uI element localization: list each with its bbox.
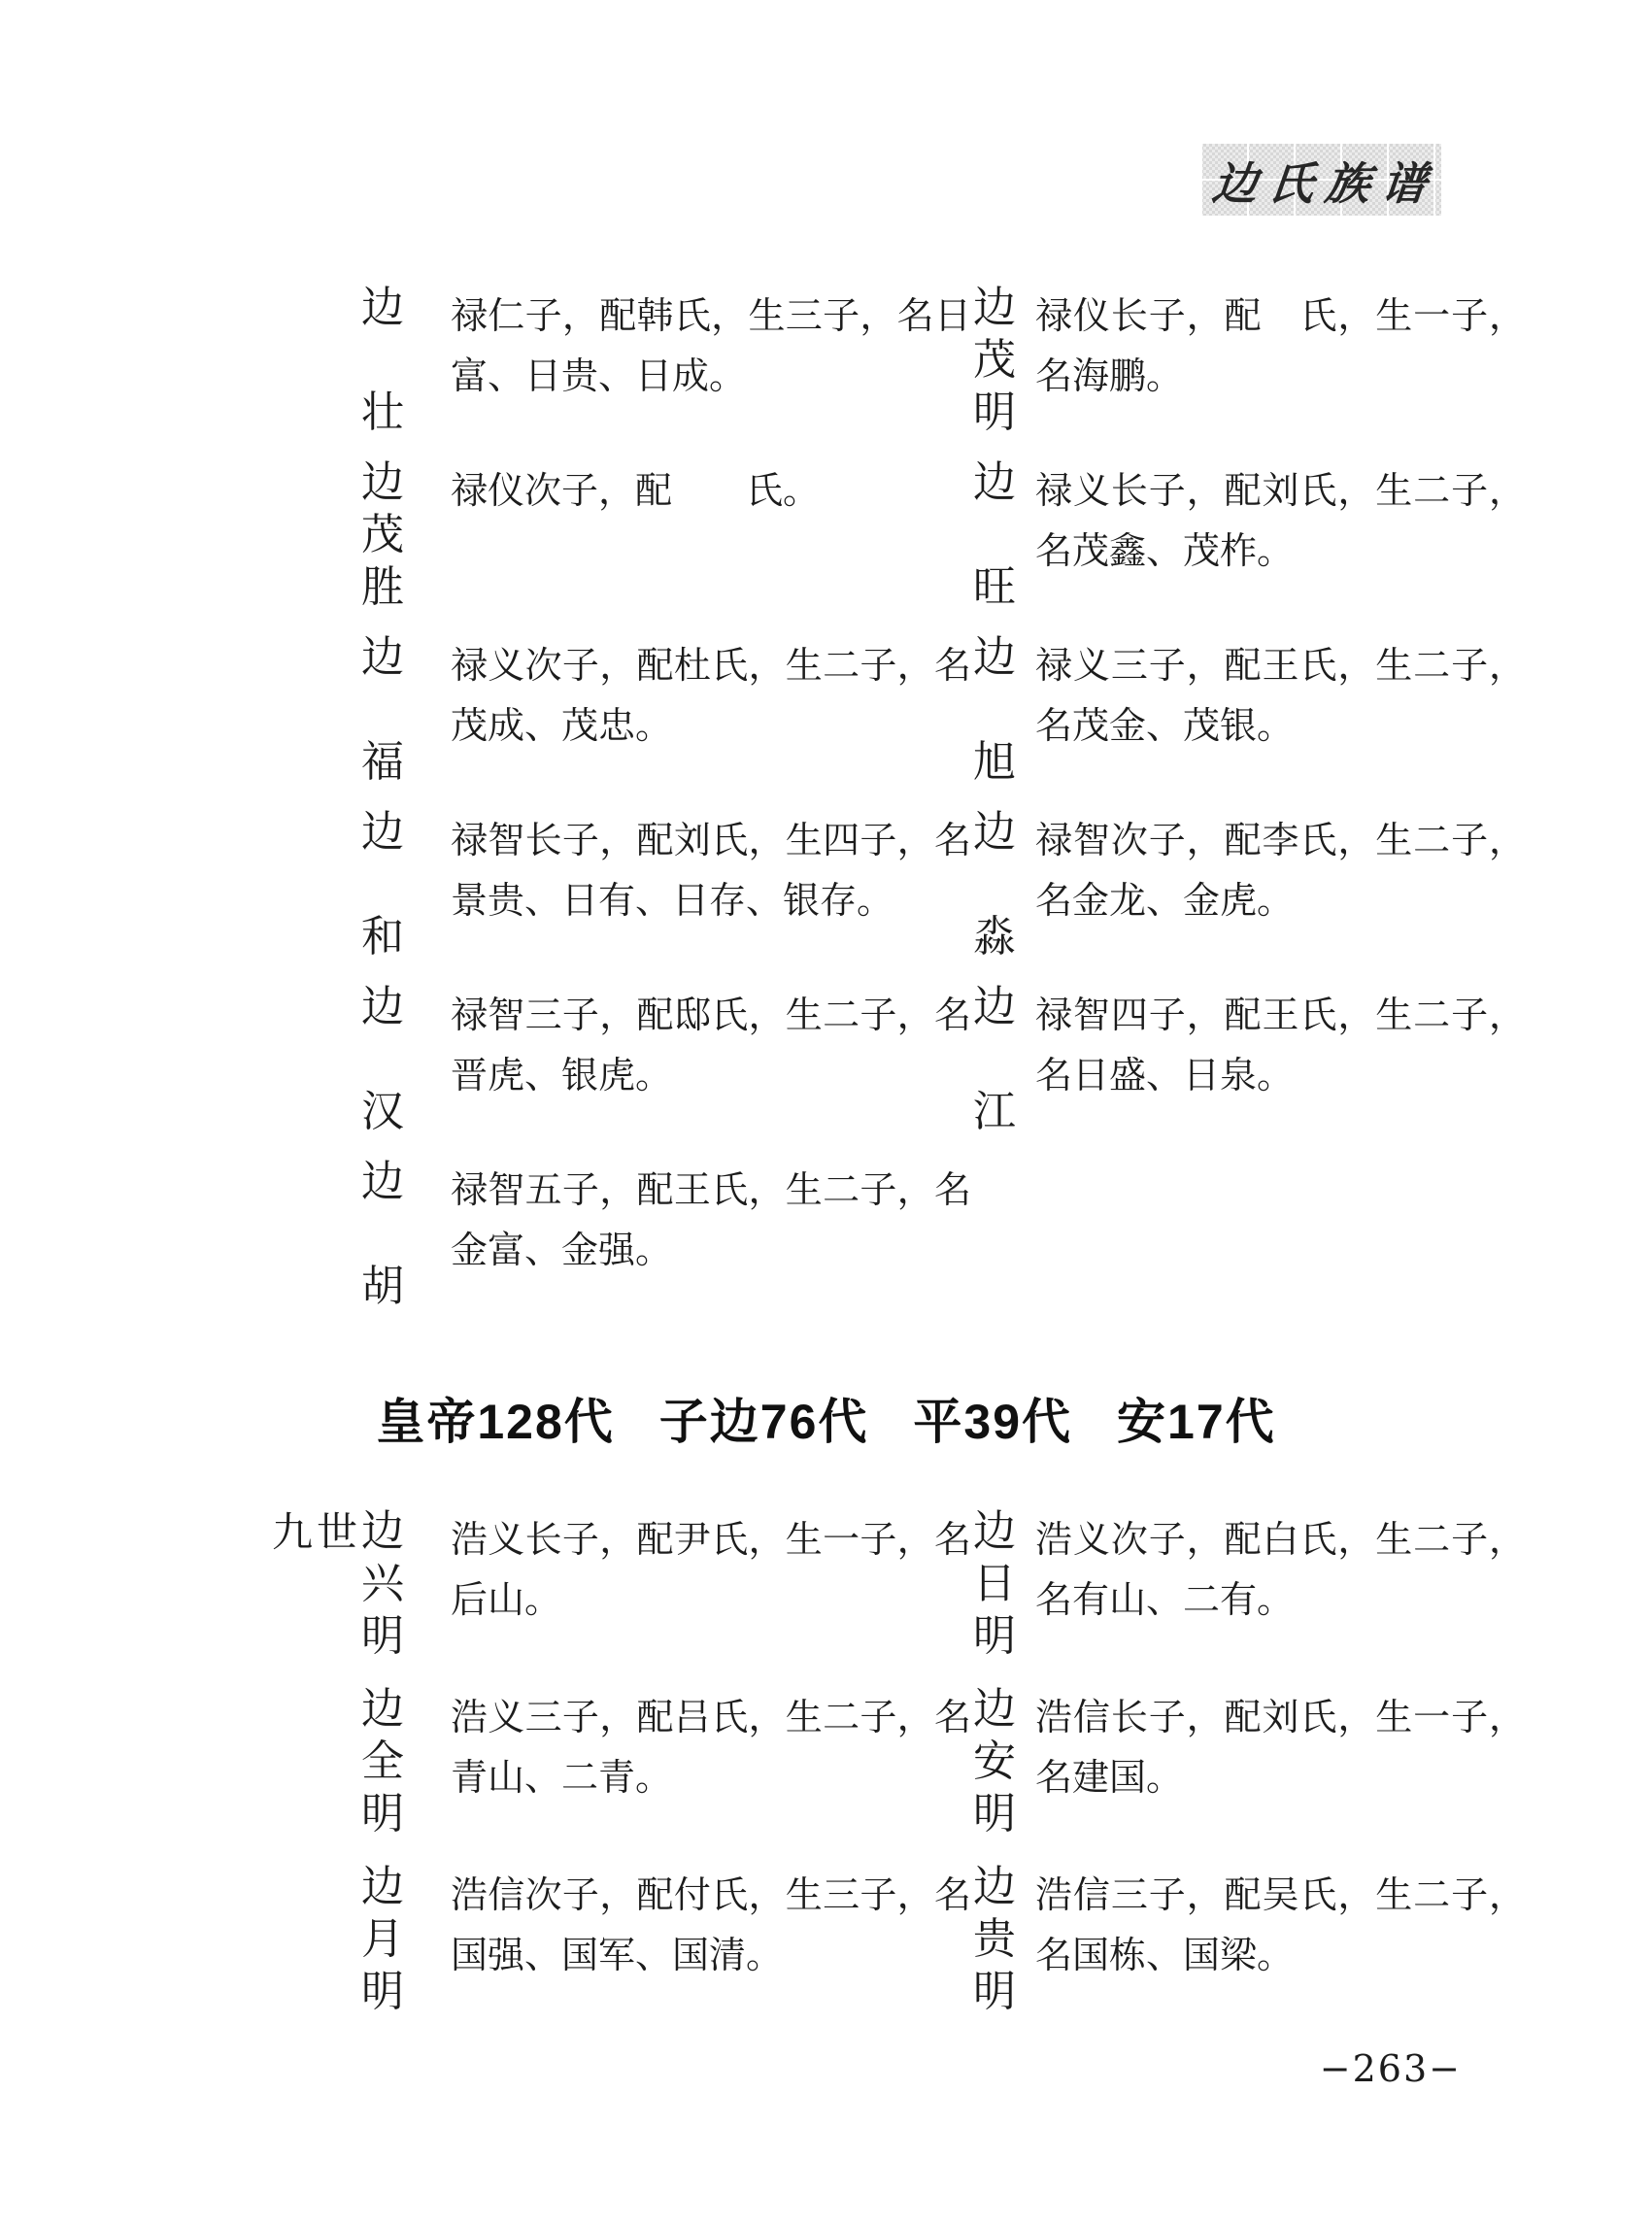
heading-segment: 安17代 xyxy=(1117,1383,1276,1453)
person-name: 边壮 xyxy=(359,287,406,434)
entry-bian-maoming: 边茂明 禄仪长子，配 氏，生一子，名海鹏。 xyxy=(971,287,1564,434)
person-name: 边贵明 xyxy=(971,1866,1018,2013)
entry-bian-han: 边汉 禄智三子，配邸氏，生二子，名晋虎、银虎。 xyxy=(359,986,971,1133)
entry-bian-xingming: 边兴明 浩义长子，配尹氏，生一子，名后山。 xyxy=(359,1510,971,1658)
entry-text: 浩信次子，配付氏，生三子，名国强、国军、国清。 xyxy=(451,1866,971,1986)
entry-text: 禄仁子，配韩氏，生三子，名日富、日贵、日成。 xyxy=(451,287,971,407)
entry-bian-riming: 边日明 浩义次子，配白氏，生二子，名有山、二有。 xyxy=(971,1510,1564,1658)
entry-text: 禄智五子，配王氏，生二子，名金富、金强。 xyxy=(451,1161,971,1281)
entry-text: 禄义长子，配刘氏，生二子，名茂鑫、茂柞。 xyxy=(1035,461,1526,582)
empty-cell xyxy=(971,1161,1564,1335)
person-name: 边日明 xyxy=(971,1510,1018,1658)
empty-cell xyxy=(272,1688,359,1866)
entry-text: 禄智四子，配王氏，生二子，名日盛、日泉。 xyxy=(1035,986,1526,1106)
person-name: 边淼 xyxy=(971,811,1018,959)
entry-bian-yueming: 边月明 浩信次子，配付氏，生三子，名国强、国军、国清。 xyxy=(359,1866,971,2013)
entry-bian-hu: 边胡 禄智五子，配王氏，生二子，名金富、金强。 xyxy=(359,1161,971,1308)
entry-text: 禄义三子，配王氏，生二子，名茂金、茂银。 xyxy=(1035,636,1526,757)
entry-bian-jiang: 边江 禄智四子，配王氏，生二子，名日盛、日泉。 xyxy=(971,986,1564,1133)
entry-text: 禄智次子，配李氏，生二子，名金龙、金虎。 xyxy=(1035,811,1526,931)
entry-text: 禄义次子，配杜氏，生二子，名茂成、茂忠。 xyxy=(451,636,971,757)
book-title: 边氏族谱 xyxy=(1200,149,1442,213)
person-name: 边汉 xyxy=(359,986,406,1133)
generation-label: 九世 xyxy=(272,1510,359,1557)
entry-text: 浩信三子，配吴氏，生二子，名国栋、国梁。 xyxy=(1035,1866,1526,1986)
person-name: 边兴明 xyxy=(359,1510,406,1658)
page-number: −263− xyxy=(1320,2047,1462,2090)
entry-text: 浩义长子，配尹氏，生一子，名后山。 xyxy=(451,1510,971,1631)
entry-bian-miao: 边淼 禄智次子，配李氏，生二子，名金龙、金虎。 xyxy=(971,811,1564,959)
entry-text: 禄智三子，配邸氏，生二子，名晋虎、银虎。 xyxy=(451,986,971,1106)
entry-text: 禄仪长子，配 氏，生一子，名海鹏。 xyxy=(1035,287,1526,407)
person-name: 边月明 xyxy=(359,1866,406,2013)
person-name: 边全明 xyxy=(359,1688,406,1836)
heading-segment: 皇帝128代 xyxy=(376,1383,614,1453)
heading-segment: 子边76代 xyxy=(659,1383,869,1453)
heading-segment: 平39代 xyxy=(913,1383,1072,1453)
entry-bian-he: 边和 禄智长子，配刘氏，生四子，名景贵、日有、日存、银存。 xyxy=(359,811,971,959)
entry-bian-zhuang: 边壮 禄仁子，配韩氏，生三子，名日富、日贵、日成。 xyxy=(359,287,971,434)
entry-text: 浩义次子，配白氏，生二子，名有山、二有。 xyxy=(1035,1510,1526,1631)
book-title-stamp: 边氏族谱 xyxy=(1200,144,1441,218)
entry-text: 浩信长子，配刘氏，生一子，名建国。 xyxy=(1035,1688,1526,1808)
entry-bian-maosheng: 边茂胜 禄仪次子，配 氏。 xyxy=(359,461,971,609)
person-name: 边旺 xyxy=(971,461,1018,609)
entry-bian-fu: 边福 禄义次子，配杜氏，生二子，名茂成、茂忠。 xyxy=(359,636,971,784)
entry-text: 浩义三子，配吕氏，生二子，名青山、二青。 xyxy=(451,1688,971,1808)
person-name: 边茂胜 xyxy=(359,461,406,609)
person-name: 边安明 xyxy=(971,1688,1018,1836)
entry-bian-anming: 边安明 浩信长子，配刘氏，生一子，名建国。 xyxy=(971,1688,1564,1836)
generation-count-heading: 皇帝128代 子边76代 平39代 安17代 xyxy=(0,1383,1652,1453)
section-ninth-generation: 九世 边兴明 浩义长子，配尹氏，生一子，名后山。 边日明 浩义次子，配白氏，生二… xyxy=(272,1510,1564,2043)
person-name: 边福 xyxy=(359,636,406,784)
person-name: 边和 xyxy=(359,811,406,959)
empty-cell xyxy=(272,1866,359,2043)
entry-bian-wang: 边旺 禄义长子，配刘氏，生二子，名茂鑫、茂柞。 xyxy=(971,461,1564,609)
genealogy-page: 边氏族谱 边壮 禄仁子，配韩氏，生三子，名日富、日贵、日成。 边茂明 禄仪长子，… xyxy=(0,0,1652,2226)
person-name: 边旭 xyxy=(971,636,1018,784)
entry-bian-xu: 边旭 禄义三子，配王氏，生二子，名茂金、茂银。 xyxy=(971,636,1564,784)
entry-text: 禄智长子，配刘氏，生四子，名景贵、日有、日存、银存。 xyxy=(451,811,971,931)
entry-bian-quanming: 边全明 浩义三子，配吕氏，生二子，名青山、二青。 xyxy=(359,1688,971,1836)
entry-bian-guiming: 边贵明 浩信三子，配吴氏，生二子，名国栋、国梁。 xyxy=(971,1866,1564,2013)
person-name: 边胡 xyxy=(359,1161,406,1308)
entry-text: 禄仪次子，配 氏。 xyxy=(451,461,971,522)
section-eighth-generation: 边壮 禄仁子，配韩氏，生三子，名日富、日贵、日成。 边茂明 禄仪长子，配 氏，生… xyxy=(359,287,1564,1335)
person-name: 边茂明 xyxy=(971,287,1018,434)
person-name: 边江 xyxy=(971,986,1018,1133)
